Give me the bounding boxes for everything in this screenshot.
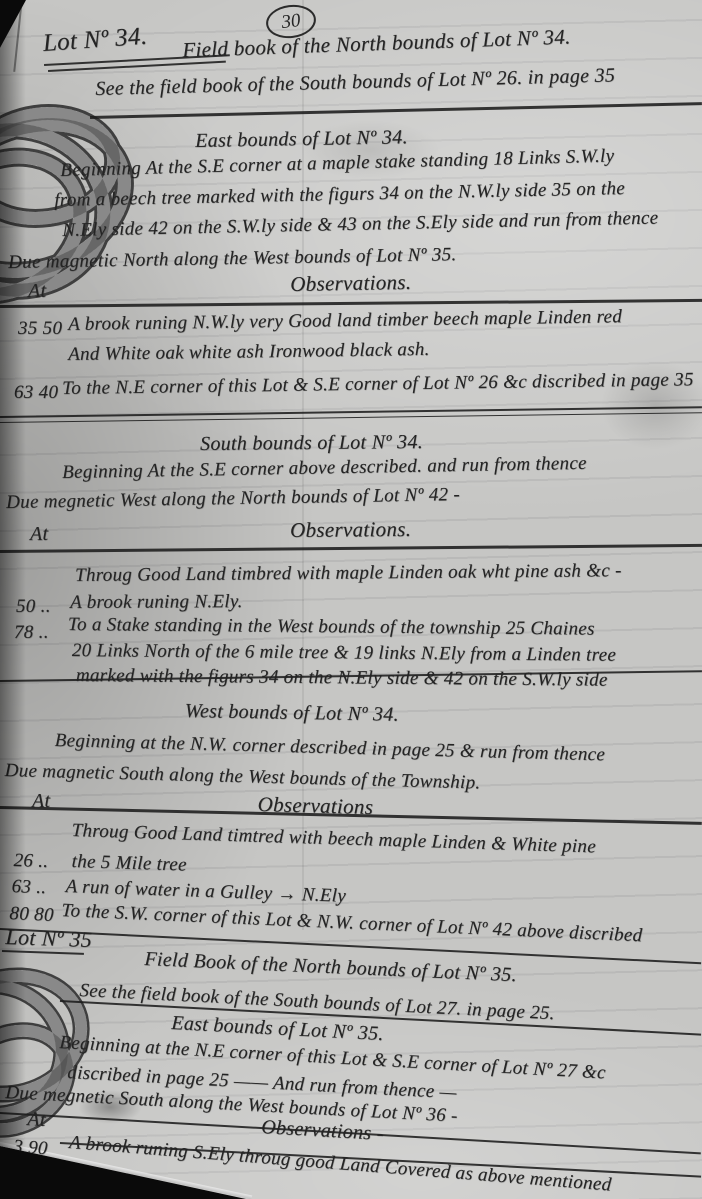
- page-number: 30: [280, 9, 302, 33]
- fieldbook-page: 30 Lot Nº 34. Field book of the North bo…: [0, 0, 702, 1199]
- west34-course: Due magnetic South along the West bounds…: [4, 760, 480, 794]
- south34-observations-label: Observations.: [290, 517, 411, 543]
- south34-para-line: Beginning At the S.E corner above descri…: [62, 453, 587, 484]
- west34-heading: West bounds of Lot Nº 34.: [185, 700, 399, 727]
- lot34-title: Field book of the North bounds of Lot Nº…: [182, 24, 571, 63]
- east34-heading: East bounds of Lot Nº 34.: [195, 126, 408, 153]
- west34-at-label: At: [32, 790, 50, 813]
- east34-observations-label: Observations.: [290, 270, 412, 297]
- observations-rule: [0, 544, 702, 553]
- header-rule: [90, 102, 702, 118]
- observation-line: To a Stake standing in the West bounds o…: [68, 614, 595, 641]
- photograph-backdrop: { "page": { "number": "30" }, "colors": …: [0, 0, 702, 1199]
- observation-line: To the S.W. corner of this Lot & N.W. co…: [61, 900, 643, 947]
- east34-at-label: At: [28, 280, 46, 303]
- observation-line: Throug Good Land timbred with maple Lind…: [75, 560, 622, 587]
- observation-line: To the N.E corner of this Lot & S.E corn…: [62, 369, 694, 400]
- south34-at-label: At: [30, 523, 48, 546]
- south34-course: Due megnetic West along the North bounds…: [6, 484, 460, 514]
- observation-line: And White oak white ash Ironwood black a…: [68, 339, 430, 366]
- lot35-subtitle: See the field book of the South bounds o…: [79, 980, 555, 1025]
- south34-heading: South bounds of Lot Nº 34.: [200, 431, 423, 456]
- observation-line: 20 Links North of the 6 mile tree & 19 l…: [72, 640, 616, 667]
- lot35-title: Field Book of the North bounds of Lot Nº…: [144, 948, 517, 987]
- west34-para-line: Beginning at the N.W. corner described i…: [54, 730, 605, 766]
- observation-line: marked with the figurs 34 on the N.Ely s…: [76, 665, 608, 692]
- gutter-shadow: [0, 0, 26, 1199]
- observation-line: A brook runing N.Ely.: [70, 591, 243, 614]
- east35-at-label: At: [27, 1108, 47, 1132]
- west34-observations-label: Observations: [257, 792, 373, 820]
- observation-line: the 5 Mile tree: [71, 851, 187, 877]
